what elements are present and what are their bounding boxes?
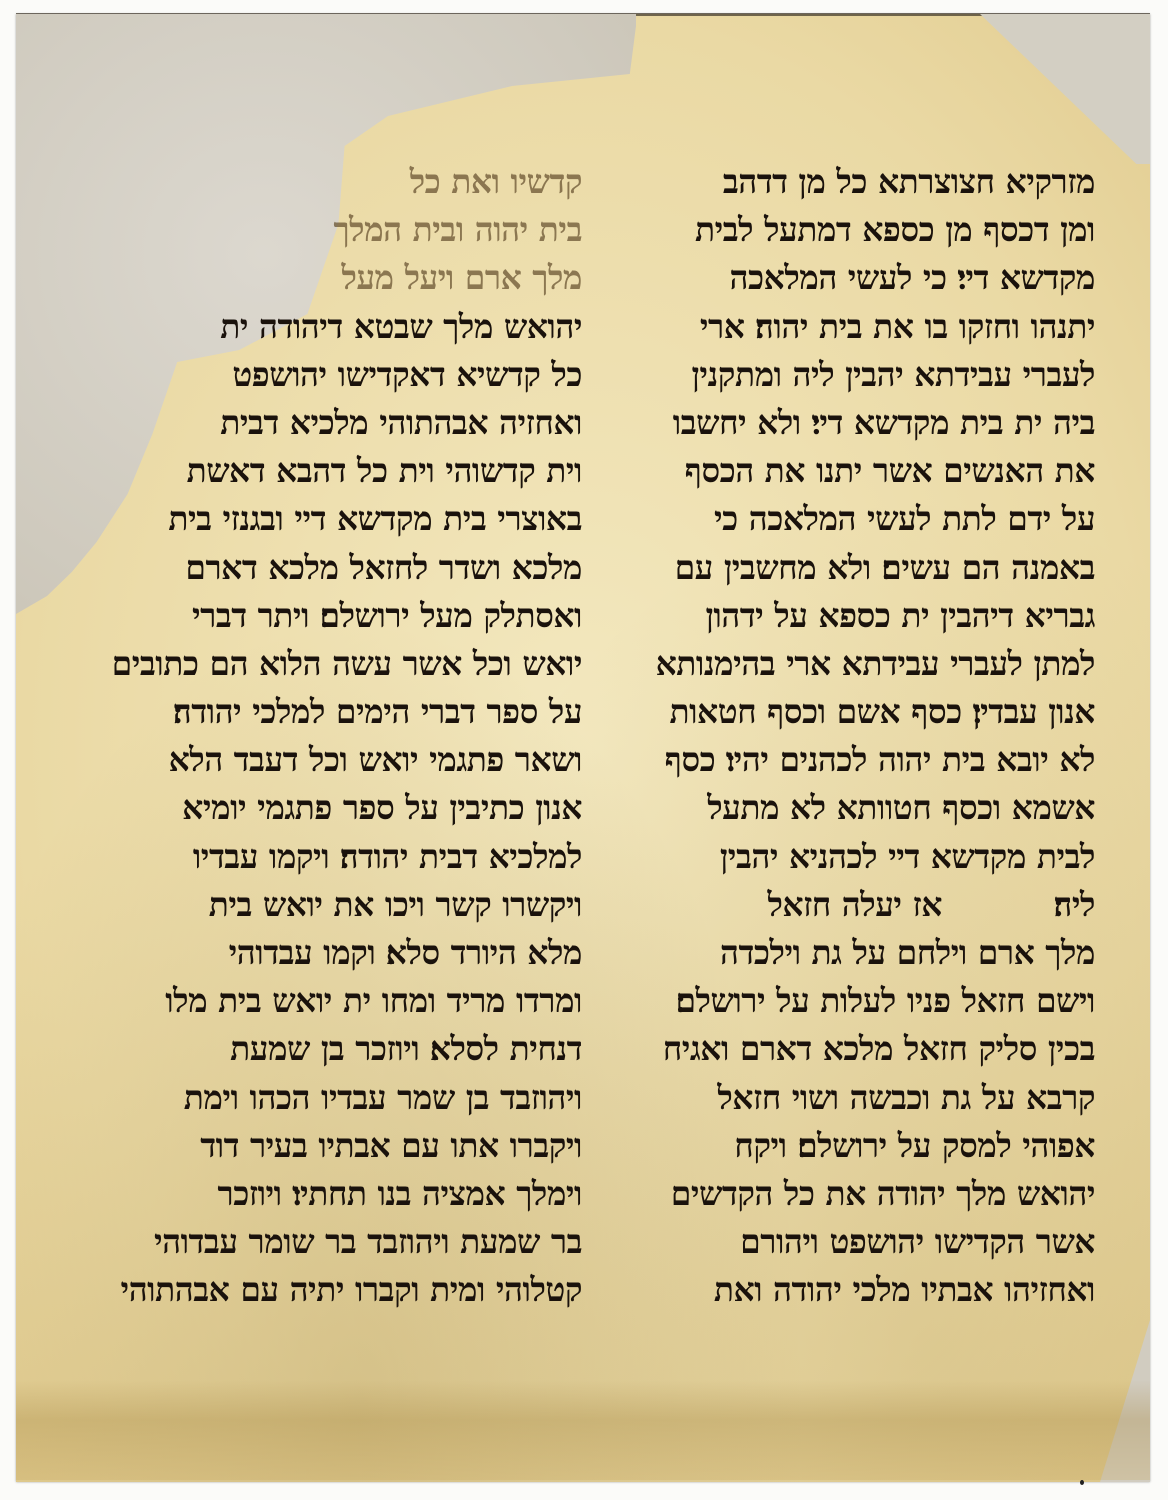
text-line: ואסתלק מעל ירושלם׃ ויתר דברי — [112, 592, 582, 640]
text-line: מלכא ושדר לחזאל מלכא דארם — [112, 544, 582, 592]
text-line: את האנשים אשר יתנו את הכסף — [625, 447, 1095, 495]
text-line: בר שמעת ויהוזבד בר שומר עבדוהי — [112, 1218, 582, 1266]
text-line: ויקברו אתו עם אבתיו בעיר דוד — [112, 1122, 582, 1170]
text-line: אנון כתיבין על ספר פתגמי יומיא — [112, 784, 582, 832]
text-line: דנחית לסלא׃ ויוזכר בן שמעת — [112, 1025, 582, 1073]
text-line: יואש וכל אשר עשה הלוא הם כתובים — [112, 640, 582, 688]
text-line: גבריא דיהבין ית כספא על ידהון — [625, 592, 1095, 640]
text-line-damaged: בית יהוה ובית המלך — [112, 206, 582, 254]
text-line: ושאר פתגמי יואש וכל דעבד הלא — [112, 736, 582, 784]
text-line: מקדשא דיי׃ כי לעשי המלאכה — [625, 254, 1095, 302]
text-line-damaged: מלך ארם ויעל מעל — [112, 254, 582, 302]
text-line: וית קדשוהי וית כל דהבא דאשת — [112, 447, 582, 495]
text-line: ואחזיה אבהתוהי מלכיא דבית — [112, 399, 582, 447]
text-column-right: מזרקיא חצוצרתא כל מן דדהב ומן דכסף מן כס… — [625, 158, 1095, 1315]
line-end-fragment: ליה׃ — [1054, 885, 1095, 924]
text-line: לא יובא בית יהוה לכהנים יהיו׃ כסף — [625, 736, 1095, 784]
text-line: ויהוזבד בן שמר עבדיו הכהו וימת — [112, 1074, 582, 1122]
text-line: כל קדשיא דאקדישו יהושפט — [112, 351, 582, 399]
text-line: על ידם לתת לעשי המלאכה כי — [625, 495, 1095, 543]
text-line: יתנהו וחזקו בו את בית יהוה׃ ארי — [625, 303, 1095, 351]
text-column-left: קדשיו ואת כל בית יהוה ובית המלך מלך ארם … — [112, 158, 582, 1315]
text-line: לבית מקדשא דיי לכהניא יהבין — [625, 833, 1095, 881]
text-line: קרבא על גת וכבשה ושוי חזאל — [625, 1074, 1095, 1122]
text-line: יהואש מלך יהודה את כל הקדשים — [625, 1170, 1095, 1218]
text-line: מלא היורד סלא׃ וקמו עבדוהי — [112, 929, 582, 977]
text-line: למלכיא דבית יהודה׃ ויקמו עבדיו — [112, 833, 582, 881]
text-line: יהואש מלך שבטא דיהודה ית — [112, 303, 582, 351]
text-line: קטלוהי ומית וקברו יתיה עם אבהתוהי — [112, 1266, 582, 1314]
text-line: אפוהי למסק על ירושלם׃ ויקח — [625, 1122, 1095, 1170]
text-line: באוצרי בית מקדשא דיי ובגנזי בית — [112, 495, 582, 543]
text-line: בכין סליק חזאל מלכא דארם ואגיח — [625, 1025, 1095, 1073]
verse-opening: אז יעלה חזאל — [767, 885, 941, 924]
text-line: וישם חזאל פניו לעלות על ירושלם׃ — [625, 977, 1095, 1025]
text-line: מזרקיא חצוצרתא כל מן דדהב — [625, 158, 1095, 206]
text-line: ומן דכסף מן כספא דמתעל לבית — [625, 206, 1095, 254]
water-stain — [16, 1380, 1150, 1480]
text-line: למתן לעברי עבידתא ארי בהימנותא — [625, 640, 1095, 688]
text-line: על ספר דברי הימים למלכי יהודה׃ — [112, 688, 582, 736]
text-line: לעברי עבידתא יהבין ליה ומתקנין — [625, 351, 1095, 399]
text-line: ביה ית בית מקדשא דיי׃ ולא יחשבו — [625, 399, 1095, 447]
speck — [1080, 1480, 1084, 1485]
text-line: וימלך אמציה בנו תחתיו׃ ויוזכר — [112, 1170, 582, 1218]
text-line: אשר הקדישו יהושפט ויהורם — [625, 1218, 1095, 1266]
text-line: מלך ארם וילחם על גת וילכדה — [625, 929, 1095, 977]
text-line: אשמא וכסף חטוותא לא מתעל — [625, 784, 1095, 832]
text-line: ואחזיהו אבתיו מלכי יהודה ואת — [625, 1266, 1095, 1314]
text-line: ומרדו מריד ומחו ית יואש בית מלו — [112, 977, 582, 1025]
text-line: ויקשרו קשר ויכו את יואש בית — [112, 881, 582, 929]
text-line-split: ליה׃ אז יעלה חזאל — [625, 881, 1095, 929]
text-line: אנון עבדין׃ כסף אשם וכסף חטאות — [625, 688, 1095, 736]
text-line: באמנה הם עשים׃ ולא מחשבין עם — [625, 544, 1095, 592]
text-line-damaged: קדשיו ואת כל — [112, 158, 582, 206]
